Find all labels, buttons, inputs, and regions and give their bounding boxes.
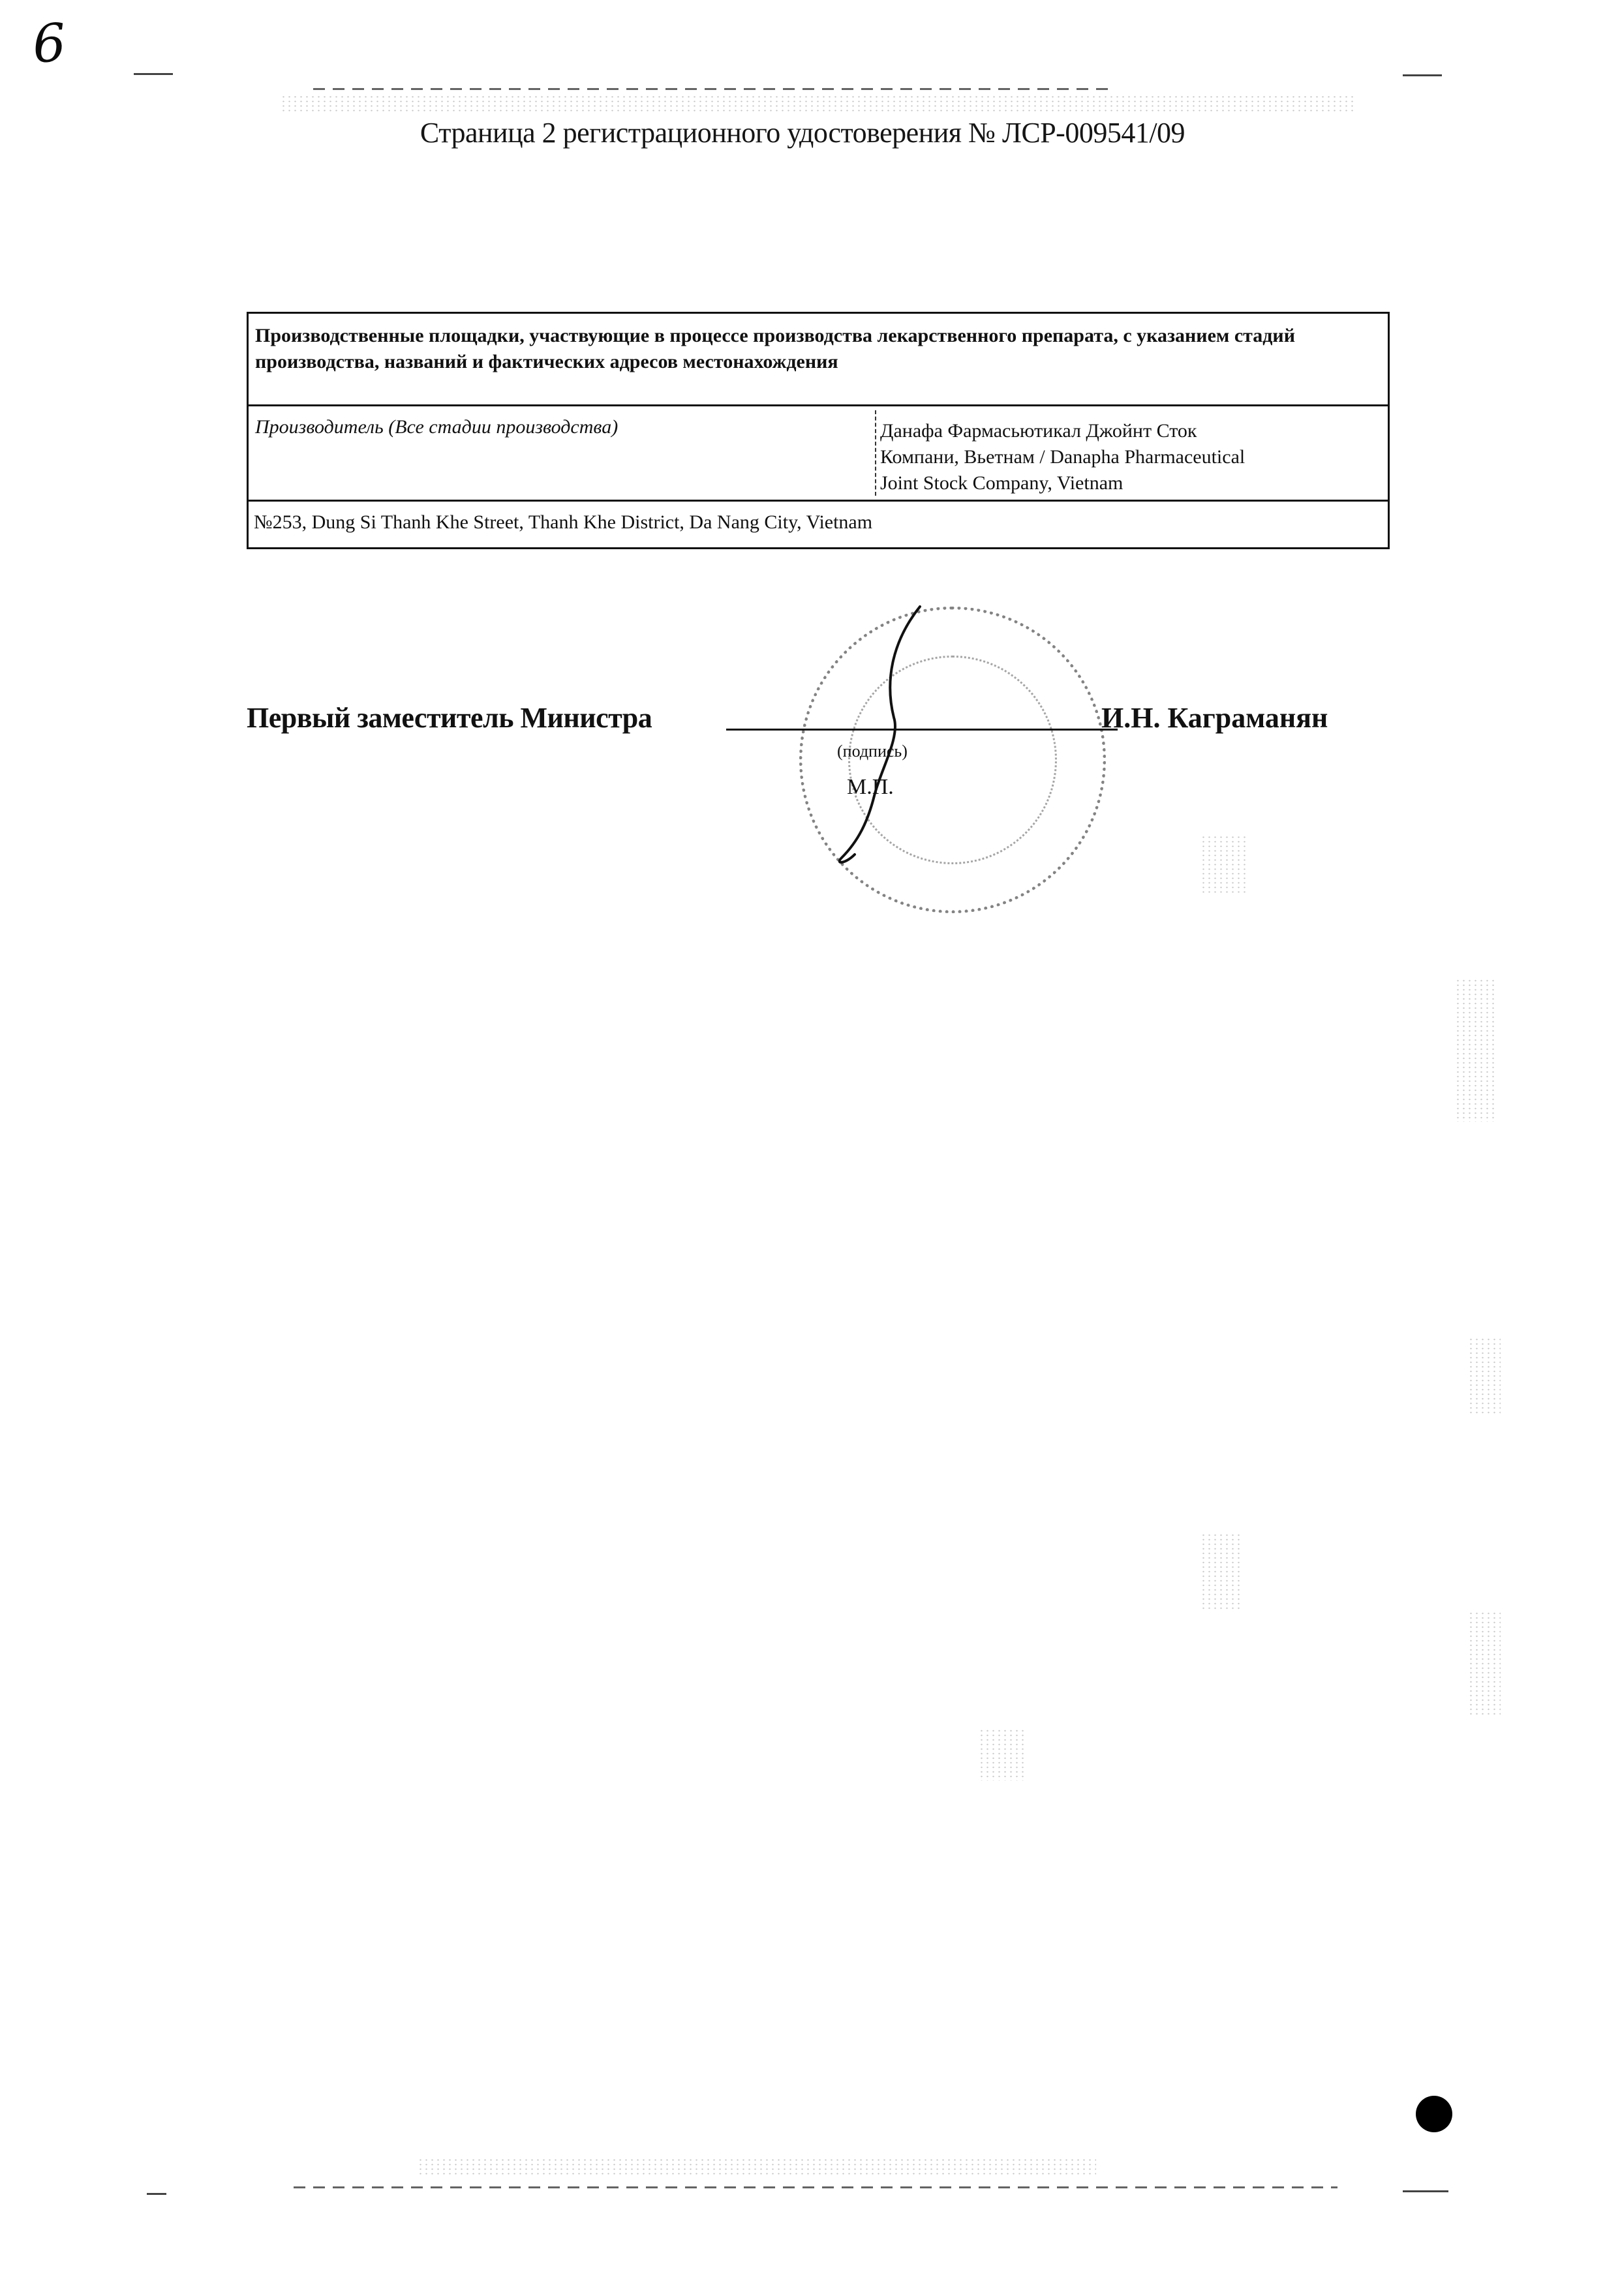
- scan-artifact: [294, 2186, 1337, 2188]
- scan-artifact: [1403, 2190, 1448, 2192]
- table-row-address: №253, Dung Si Thanh Khe Street, Thanh Kh…: [249, 502, 1388, 547]
- signature-caption: (подпись): [837, 742, 908, 761]
- manufacturer-name: Данафа Фармасьютикал Джойнт Сток Компани…: [875, 410, 1388, 496]
- signatory-name: И.Н. Каграманян: [1101, 701, 1328, 734]
- company-line: Joint Stock Company, Vietnam: [880, 470, 1388, 496]
- handwritten-page-number: 6: [31, 12, 68, 74]
- table-title: Производственные площадки, участвующие в…: [255, 325, 1295, 372]
- scan-speckle: [1200, 835, 1246, 894]
- page-header: Страница 2 регистрационного удостоверени…: [0, 116, 1605, 149]
- scan-artifact: [147, 2193, 166, 2195]
- signatory-position: Первый заместитель Министра: [247, 701, 652, 734]
- scan-speckle: [1468, 1337, 1501, 1415]
- handwritten-signature-icon: [822, 600, 953, 874]
- scan-artifact: [1403, 74, 1442, 76]
- stamp-placeholder-label: М.П.: [847, 775, 894, 800]
- company-line: Компани, Вьетнам / Danapha Pharmaceutica…: [880, 444, 1388, 470]
- scan-speckle: [1468, 1611, 1501, 1715]
- punch-hole-mark: [1416, 2096, 1452, 2132]
- scan-speckle: [1455, 978, 1494, 1122]
- table-row-manufacturer: Производитель (Все стадии производства) …: [249, 406, 1388, 502]
- scan-speckle: [979, 1729, 1024, 1781]
- signature-line: [726, 729, 1118, 731]
- scan-speckle: [1200, 1533, 1240, 1611]
- scan-speckle: [418, 2158, 1096, 2177]
- manufacturer-address: №253, Dung Si Thanh Khe Street, Thanh Kh…: [254, 511, 872, 533]
- scan-artifact: [313, 88, 1109, 90]
- scan-speckle: [281, 95, 1357, 114]
- manufacturer-role: Производитель (Все стадии производства): [249, 406, 875, 500]
- company-line: Данафа Фармасьютикал Джойнт Сток: [880, 418, 1388, 444]
- manufacturing-sites-table: Производственные площадки, участвующие в…: [247, 312, 1390, 549]
- table-title-row: Производственные площадки, участвующие в…: [249, 314, 1388, 406]
- scan-artifact: [134, 73, 173, 75]
